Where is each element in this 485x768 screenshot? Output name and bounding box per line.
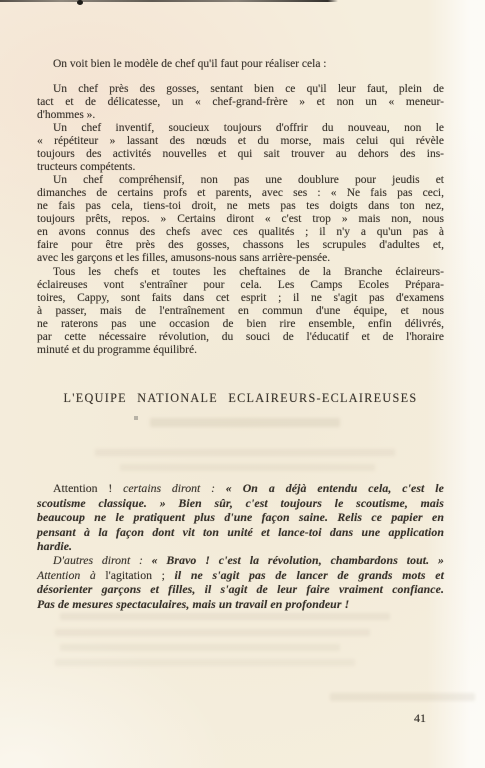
text-line: hardie. <box>37 539 444 554</box>
text-run: certains diront : <box>123 481 226 495</box>
section-heading: L'EQUIPE NATIONALE ECLAIREURS-ECLAIREUSE… <box>37 391 444 405</box>
text-line: Un chef compréhensif, non pas une doublu… <box>37 174 444 187</box>
paragraph-2: Un chef près des gosses, sentant bien ce… <box>37 83 444 122</box>
text-run: il ne s'agit pas de lancer de grands mot… <box>174 568 444 582</box>
scan-mark <box>134 416 138 420</box>
text-run: l'agitation ; <box>105 568 174 582</box>
show-through-smudge <box>60 613 390 620</box>
text-line: D'autres diront : « Bravo ! c'est la rév… <box>37 553 444 568</box>
paragraph-1: On voit bien le modèle de chef qu'il fau… <box>37 58 444 71</box>
text-line: minuté et du programme équilibré. <box>37 344 444 357</box>
text-line: faire pour être près des gosses, chasson… <box>37 239 444 252</box>
text-line: On voit bien le modèle de chef qu'il fau… <box>37 58 444 71</box>
text-line: Pas de mesures spectaculaires, mais un t… <box>37 597 444 612</box>
page-number: 41 <box>414 711 426 726</box>
show-through-smudge <box>120 464 375 471</box>
show-through-smudge <box>330 693 475 701</box>
show-through-smudge <box>95 449 395 456</box>
text-line: tact et de délicatesse, un « chef-grand-… <box>37 96 444 109</box>
show-through-smudge <box>55 629 370 636</box>
paragraph-6: Attention ! certains diront : « On a déj… <box>37 481 444 554</box>
text-line: désorienter garçons et filles, il s'agit… <box>37 582 444 597</box>
show-through-smudge <box>55 659 355 666</box>
text-line: Attention à l'agitation ; il ne s'agit p… <box>37 568 444 583</box>
text-line: « répétiteur » lassant des nœuds et du m… <box>37 135 444 148</box>
text-line: tructeurs compétents. <box>37 161 444 174</box>
text-run: « Bravo ! c'est la révolution, chambardo… <box>152 553 444 567</box>
text-line: ne raterons pas une occasion de bien rir… <box>37 318 444 331</box>
text-line: pensant à la façon dont vit ton unité et… <box>37 525 444 540</box>
text-line: Attention ! certains diront : « On a déj… <box>37 481 444 496</box>
text-line: toires, Cappy, sont faits dans cet espri… <box>37 292 444 305</box>
text-run: Attention à <box>37 568 105 582</box>
paragraph-3: Un chef inventif, soucieux toujours d'of… <box>37 122 444 174</box>
show-through-smudge <box>150 418 340 427</box>
paragraph-7: D'autres diront : « Bravo ! c'est la rév… <box>37 553 444 611</box>
scan-speck <box>77 0 83 5</box>
text-line: d'hommes ». <box>37 109 444 122</box>
text-line: beaucoup ne le pratiquent plus d'une faç… <box>37 510 444 525</box>
text-line: toujours des activités nouvelles et qui … <box>37 148 444 161</box>
text-line: scoutisme classique. » Bien sûr, c'est t… <box>37 496 444 511</box>
text-line: éclaireuses vont s'entraîner pour cela. … <box>37 279 444 292</box>
text-line: en avons connus des chefs avec ces quali… <box>37 226 444 239</box>
paragraph-4: Un chef compréhensif, non pas une doublu… <box>37 174 444 265</box>
text-run: Attention ! <box>53 481 123 495</box>
text-line: par cette nécessaire révolution, du souc… <box>37 331 444 344</box>
text-run: D'autres diront : <box>53 553 152 567</box>
scan-edge-artifact <box>0 0 338 2</box>
text-line: Un chef près des gosses, sentant bien ce… <box>37 83 444 96</box>
text-line: à passer, mais de l'entraînement en comm… <box>37 305 444 318</box>
text-line: avec les garçons et les filles, amusons-… <box>37 252 444 265</box>
text-line: toujours prêts, repos. » Certains diront… <box>37 213 444 226</box>
text-line: dimanches de certains profs et parents, … <box>37 187 444 200</box>
book-page: On voit bien le modèle de chef qu'il fau… <box>0 0 485 768</box>
show-through-smudge <box>60 644 340 651</box>
text-line: Un chef inventif, soucieux toujours d'of… <box>37 122 444 135</box>
text-line: Tous les chefs et toutes les cheftaines … <box>37 266 444 279</box>
paragraph-5: Tous les chefs et toutes les cheftaines … <box>37 266 444 357</box>
text-run: « On a déjà entendu cela, c'est le <box>226 481 444 495</box>
text-line: ne fais pas cela, tiens-toi droit, ne me… <box>37 200 444 213</box>
